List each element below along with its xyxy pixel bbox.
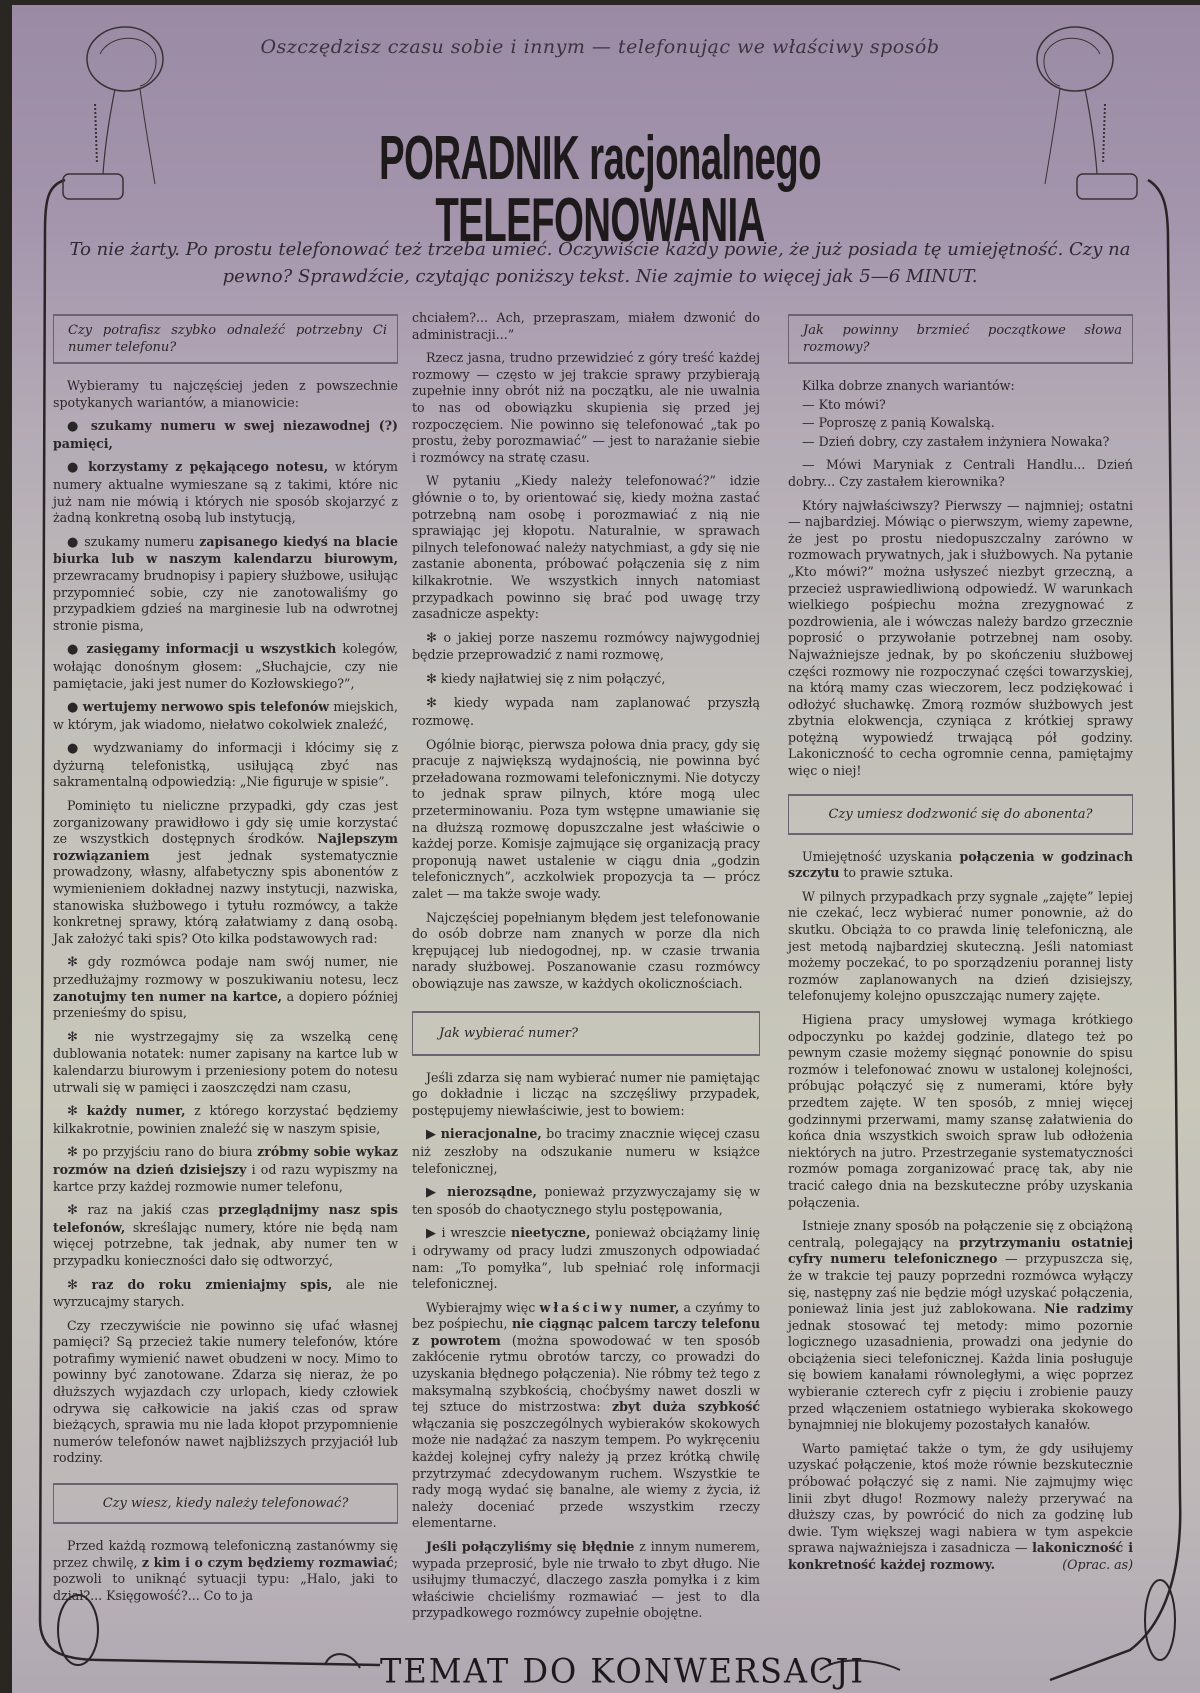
asterisk-icon: ✻ <box>67 1104 78 1119</box>
bullet-icon: ● <box>67 460 81 475</box>
list-item: ● zasięgamy informacji u wszystkich kole… <box>53 641 398 692</box>
section-heading: Czy wiesz, kiedy należy telefonować? <box>103 1496 349 1511</box>
asterisk-icon: ✻ <box>426 696 437 711</box>
list-item: ✻ kiedy najłatwiej się z nim połączyć, <box>412 671 760 689</box>
list-item: ▶ nierozsądne, ponieważ przyzwyczajamy s… <box>412 1184 760 1218</box>
list-item: ● szukamy numeru w swej niezawodnej (?) … <box>53 418 398 452</box>
triangle-icon: ▶ <box>426 1185 440 1200</box>
paragraph: Kilka dobrze znanych wariantów: <box>788 378 1133 395</box>
section-heading: Czy umiesz dodzwonić się do abonenta? <box>829 807 1093 822</box>
bullet-icon: ● <box>67 419 83 434</box>
list-item: ● wertujemy nerwowo spis telefonów miejs… <box>53 699 398 733</box>
paragraph: W pilnych przypadkach przy sygnale „zaję… <box>788 889 1133 1005</box>
asterisk-icon: ✻ <box>67 955 78 970</box>
asterisk-icon: ✻ <box>426 631 437 646</box>
triangle-icon: ▶ <box>426 1127 436 1142</box>
paragraph: Ogólnie biorąc, pierwsza połowa dnia pra… <box>412 737 760 903</box>
list-item: ✻ każdy numer, z którego korzystać będzi… <box>53 1103 398 1137</box>
paragraph: Wybierajmy więc właściwy numer, a czyńmy… <box>412 1300 760 1532</box>
paragraph: Przed każdą rozmową telefoniczną zastanó… <box>53 1538 398 1604</box>
section-heading: Jak wybierać numer? <box>439 1026 578 1041</box>
list-item: ▶ i wreszcie nieetyczne, ponieważ obciąż… <box>412 1225 760 1292</box>
list-item: ✻ gdy rozmówca podaje nam swój numer, ni… <box>53 954 398 1021</box>
paragraph: Wybieramy tu najczęściej jeden z powszec… <box>53 378 398 411</box>
dialogue-line: — Poproszę z panią Kowalską. <box>788 415 1133 432</box>
list-item: ● wydzwaniamy do informacji i kłócimy si… <box>53 740 398 791</box>
article-kicker: Oszczędzisz czasu sobie i innym — telefo… <box>0 36 1200 58</box>
paragraph: chciałem?... Ach, przepraszam, miałem dz… <box>412 310 760 343</box>
triangle-icon: ▶ <box>426 1226 437 1241</box>
asterisk-icon: ✻ <box>67 1203 78 1218</box>
list-item: ✻ po przyjściu rano do biura zróbmy sobi… <box>53 1144 398 1195</box>
column-1: Czy potrafisz szybko odnaleźć potrzebny … <box>53 310 398 1611</box>
paragraph: W pytaniu „Kiedy należy telefonować?” id… <box>412 473 760 622</box>
dialogue-line: — Kto mówi? <box>788 397 1133 414</box>
bullet-icon: ● <box>67 700 79 715</box>
list-item: ✻ raz do roku zmieniajmy spis, ale nie w… <box>53 1277 398 1311</box>
paragraph: Czy rzeczywiście nie powinno się ufać wł… <box>53 1318 398 1467</box>
list-item: ▶ nieracjonalne, bo tracimy znacznie wię… <box>412 1126 760 1177</box>
list-item: ✻ o jakiej porze naszemu rozmówcy najwyg… <box>412 630 760 664</box>
section-heading-box: Jak wybierać numer? <box>412 1011 760 1056</box>
list-item: ✻ raz na jakiś czas przeglądnijmy nasz s… <box>53 1202 398 1269</box>
paragraph: Pominięto tu nieliczne przypadki, gdy cz… <box>53 798 398 947</box>
section-heading: Czy potrafisz szybko odnaleźć potrzebny … <box>68 323 387 355</box>
list-item: ✻ nie wystrzegajmy się za wszelką cenę d… <box>53 1029 398 1096</box>
asterisk-icon: ✻ <box>426 672 437 687</box>
footer-banner: TEMAT DO KONWERSACJI <box>380 1651 865 1691</box>
section-heading-box: Czy potrafisz szybko odnaleźć potrzebny … <box>53 314 398 364</box>
asterisk-icon: ✻ <box>67 1278 78 1293</box>
article-title: PORADNIK racjonalnego TELEFONOWANIA <box>228 128 972 252</box>
paragraph: Higiena pracy umysłowej wymaga krótkiego… <box>788 1012 1133 1211</box>
section-heading: Jak powinny brzmieć początkowe słowa roz… <box>803 323 1122 355</box>
bullet-icon: ● <box>67 535 79 550</box>
section-heading-box: Czy umiesz dodzwonić się do abonenta? <box>788 794 1133 835</box>
column-3: Jak powinny brzmieć początkowe słowa roz… <box>788 310 1133 1581</box>
list-item: ● szukamy numeru zapisanego kiedyś na bl… <box>53 534 398 635</box>
paragraph: Rzecz jasna, trudno przewidzieć z góry t… <box>412 350 760 466</box>
section-heading-box: Czy wiesz, kiedy należy telefonować? <box>53 1483 398 1524</box>
page-edge-left <box>0 0 12 1693</box>
dialogue-line: — Dzień dobry, czy zastałem inżyniera No… <box>788 434 1133 451</box>
paragraph: Jeśli zdarza się nam wybierać numer nie … <box>412 1070 760 1120</box>
paragraph: Jeśli połączyliśmy się błędnie z innym n… <box>412 1539 760 1622</box>
paragraph: Najczęściej popełnianym błędem jest tele… <box>412 910 760 993</box>
list-item: ● korzystamy z pękającego notesu, w któr… <box>53 459 398 526</box>
asterisk-icon: ✻ <box>67 1030 78 1045</box>
asterisk-icon: ✻ <box>67 1145 78 1160</box>
paragraph: Warto pamiętać także o tym, że gdy usiłu… <box>788 1441 1133 1574</box>
bullet-icon: ● <box>67 642 80 657</box>
author-signature: (Oprac. as) <box>1048 1557 1133 1574</box>
paragraph: Umiejętność uzyskania połączenia w godzi… <box>788 849 1133 882</box>
section-heading-box: Jak powinny brzmieć początkowe słowa roz… <box>788 314 1133 364</box>
article-lead: To nie żarty. Po prostu telefonować też … <box>65 236 1135 290</box>
dialogue-line: — Mówi Maryniak z Centrali Handlu... Dzi… <box>788 457 1133 490</box>
paragraph: Istnieje znany sposób na połączenie się … <box>788 1218 1133 1434</box>
paragraph: Który najwłaściwszy? Pierwszy — najmniej… <box>788 498 1133 780</box>
list-item: ✻ kiedy wypada nam zaplanować przyszłą r… <box>412 695 760 729</box>
page-edge-top <box>0 0 1200 5</box>
column-2: chciałem?... Ach, przepraszam, miałem dz… <box>412 310 760 1629</box>
bullet-icon: ● <box>67 741 84 756</box>
